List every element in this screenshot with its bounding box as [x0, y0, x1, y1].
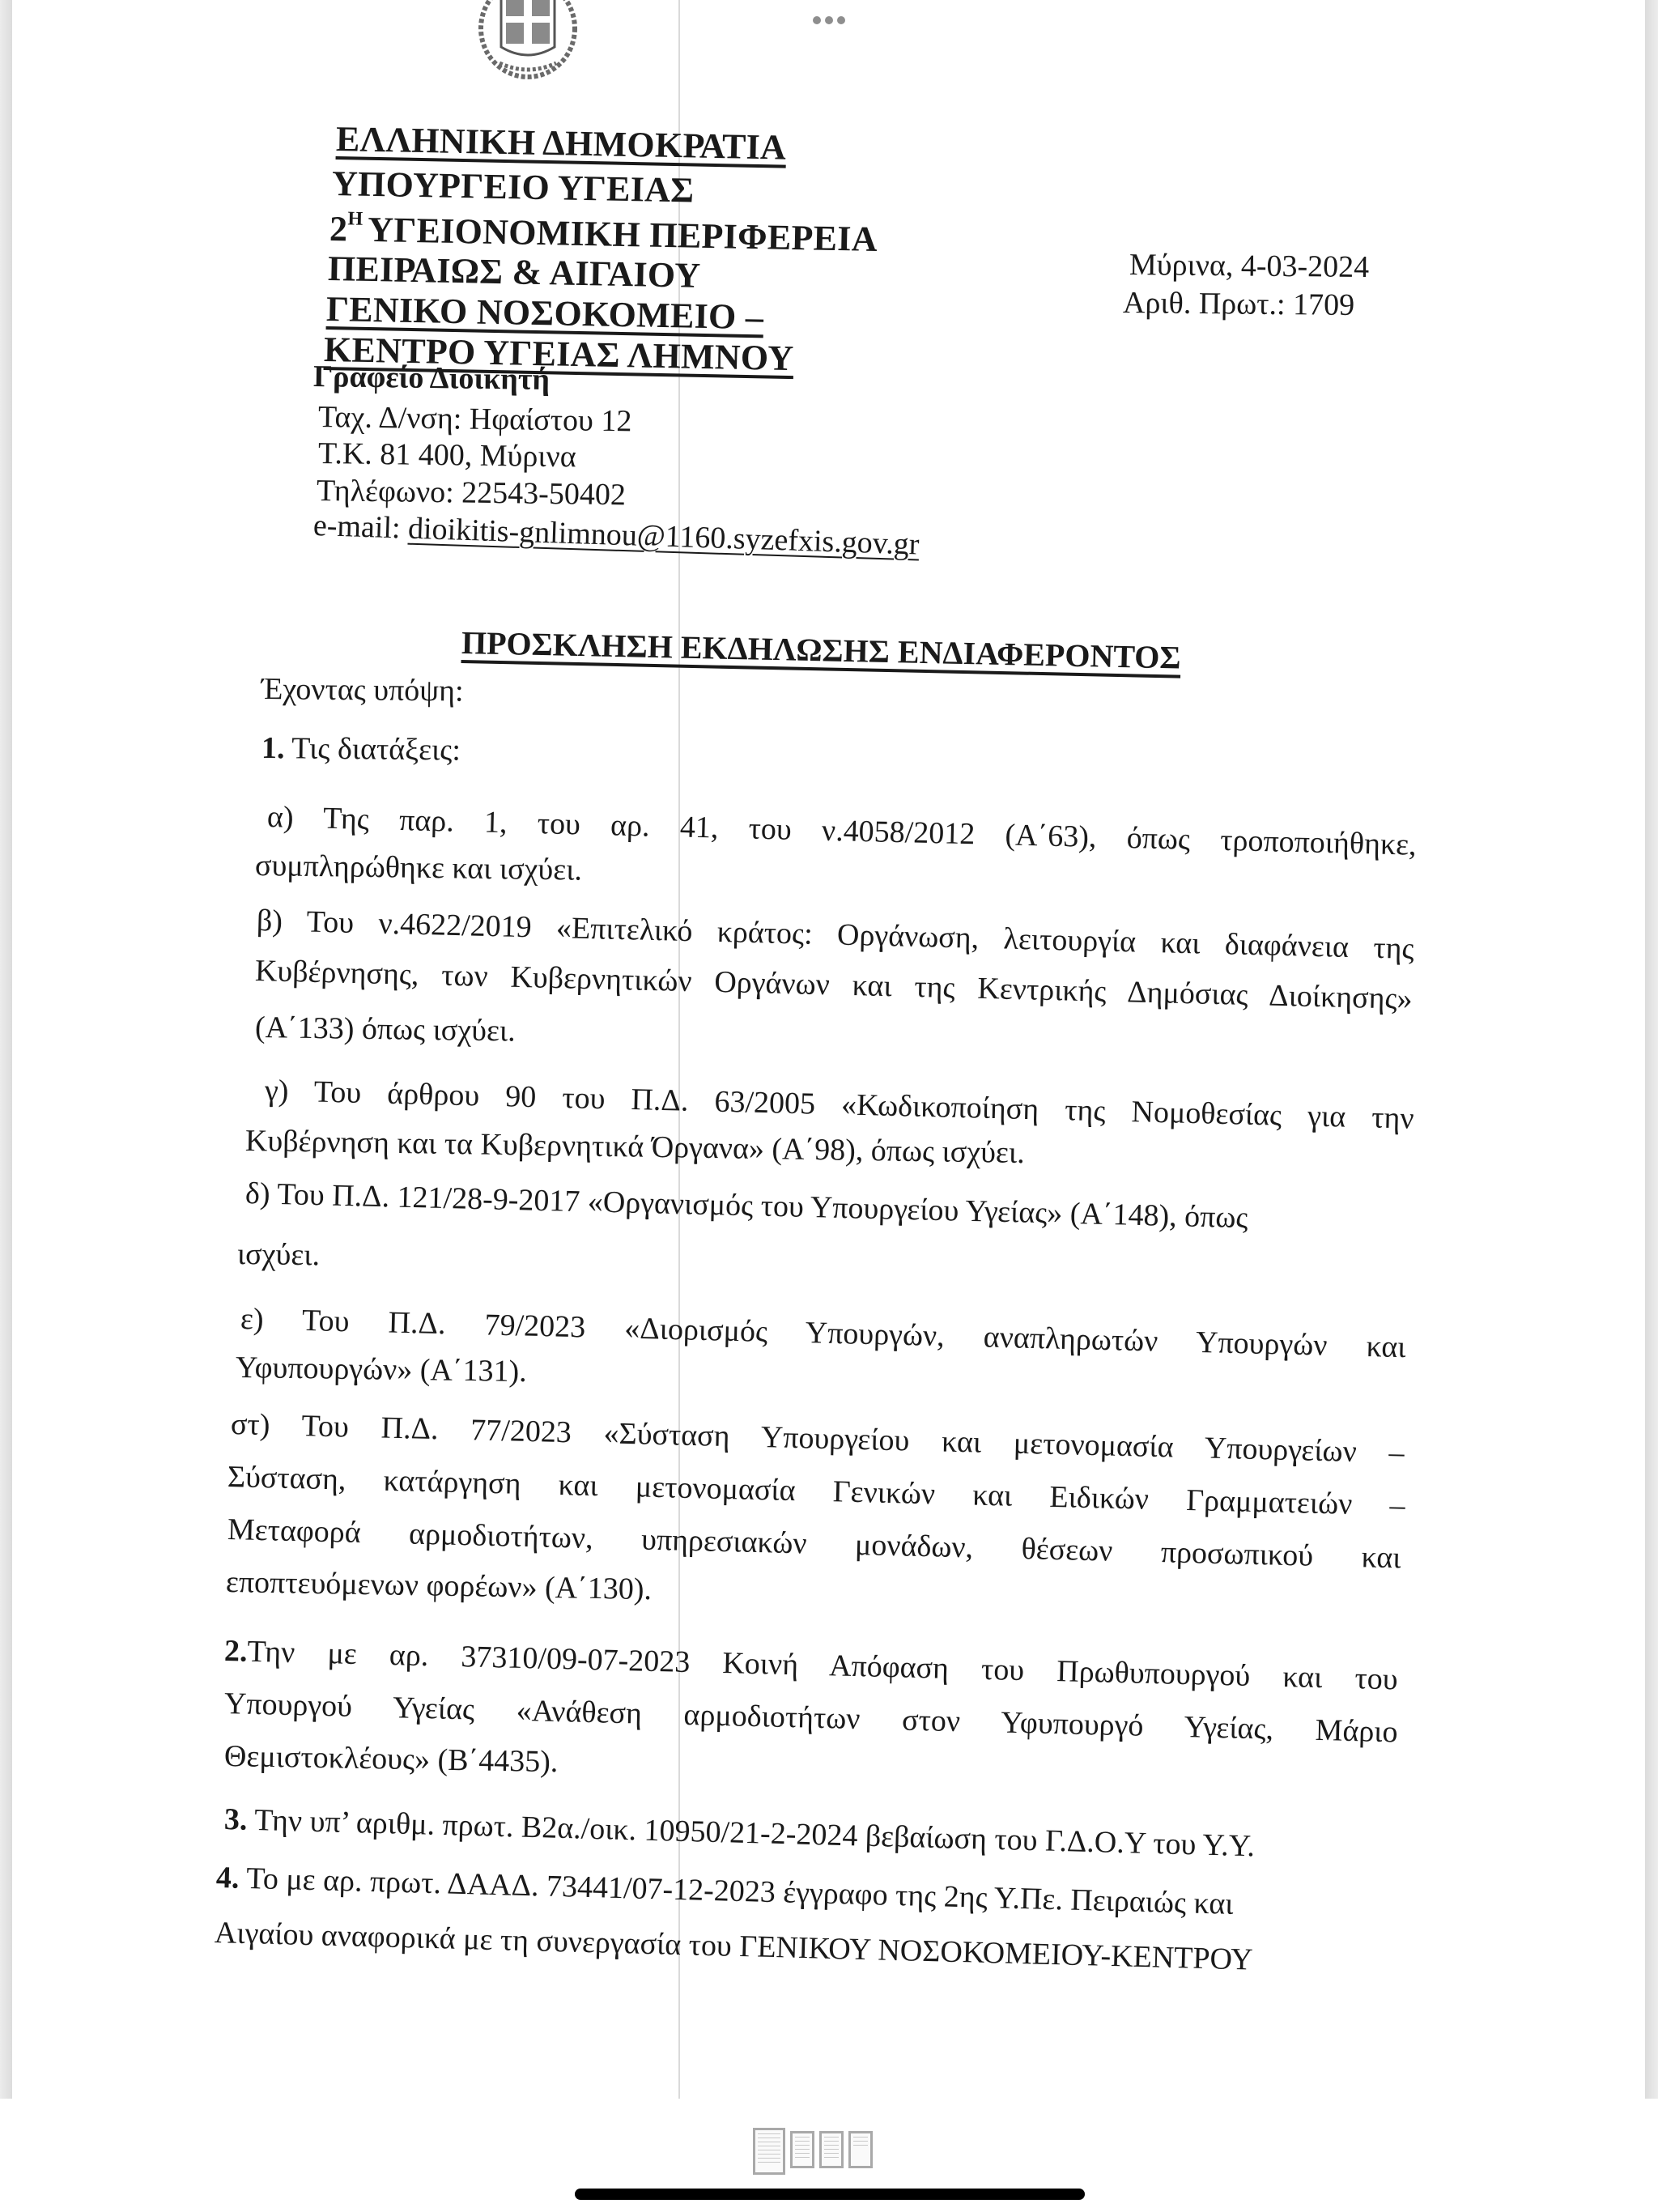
letterhead-line-1: ΕΛΛΗΝΙΚΗ ΔΗΜΟΚΡΑΤΙΑ — [336, 121, 787, 166]
intro-text: Έχοντας υπόψη: — [261, 674, 464, 707]
protocol-number: Αριθ. Πρωτ.: 1709 — [1123, 285, 1355, 325]
phone-number: Τηλέφωνο: 22543-50402 — [317, 475, 626, 510]
provision-a-line-2: συμπληρώθηκε και ισχύει. — [255, 850, 582, 886]
page-thumbnail-3[interactable] — [819, 2131, 844, 2168]
page-thumbnail-strip — [753, 2128, 873, 2184]
provision-c-line-1: γ) Του άρθρου 90 του Π.Δ. 63/2005 «Κωδικ… — [265, 1075, 1415, 1134]
item-3-number: 3. — [223, 1802, 248, 1837]
email-link[interactable]: dioikitis-gnlimnou@1160.syzefxis.gov.gr — [407, 512, 920, 562]
item-4-line-1: 4. Το με αρ. πρωτ. ΔΑΑΔ. 73441/07-12-202… — [216, 1862, 1235, 1920]
document-page[interactable]: ΕΛΛΗΝΙΚΗ ΔΗΜΟΚΡΑΤΙΑ ΥΠΟΥΡΓΕΙΟ ΥΓΕΙΑΣ 2ΗΥ… — [12, 0, 1645, 2099]
greek-coat-of-arms-icon — [475, 0, 580, 81]
item-1: 1. Τις διατάξεις: — [261, 733, 461, 766]
item-4-line-2: Αιγαίου αναφορικά με τη συνεργασία του Γ… — [215, 1917, 1254, 1976]
item-4-text: Το με αρ. πρωτ. ΔΑΑΔ. 73441/07-12-2023 έ… — [239, 1861, 1234, 1921]
ordinal-number: 2 — [329, 209, 348, 249]
item-2-line-3: Θεμιστοκλέους» (Β΄4435). — [224, 1741, 559, 1777]
postal-code: Τ.Κ. 81 400, Μύρινα — [318, 438, 576, 472]
postal-address: Ταχ. Δ/νση: Ηφαίστου 12 — [318, 402, 632, 436]
place-date: Μύρινα, 4-03-2024 — [1129, 247, 1370, 287]
ellipsis-icon — [837, 16, 845, 24]
item-3-line-1: 3. Την υπ’ αριθμ. πρωτ. Β2α./οικ. 10950/… — [224, 1804, 1256, 1861]
item-1-text: Τις διατάξεις: — [284, 731, 461, 767]
email-label: e-mail: — [312, 508, 401, 545]
page-left-edge — [0, 0, 12, 2099]
page-thumbnail-4[interactable] — [848, 2131, 873, 2168]
more-options-button[interactable] — [806, 8, 852, 32]
page-thumbnail-1[interactable] — [753, 2128, 785, 2175]
item-4-number: 4. — [215, 1861, 240, 1895]
item-2-line-1: 2.Την με αρ. 37310/09-07-2023 Κοινή Απόφ… — [224, 1636, 1398, 1695]
item-2-number: 2. — [223, 1634, 248, 1669]
provision-st-line-3: Μεταφορά αρμοδιοτήτων, υπηρεσιακών μονάδ… — [227, 1514, 1401, 1573]
provision-e-line-2: Υφυπουργών» (Α΄131). — [236, 1352, 527, 1387]
page-thumbnail-2[interactable] — [790, 2131, 814, 2168]
provision-b-line-1: β) Του ν.4622/2019 «Επιτελικό κράτος: Ορ… — [257, 905, 1415, 964]
provision-b-line-2: Κυβέρνησης, των Κυβερνητικών Οργάνων και… — [255, 955, 1414, 1015]
home-indicator[interactable] — [575, 2189, 1085, 2200]
provision-d-line-2: ισχύει. — [237, 1239, 321, 1270]
provision-st-line-4: εποπτευόμενων φορέων» (Α΄130). — [226, 1567, 653, 1605]
provision-b-line-3: (Α΄133) όπως ισχύει. — [255, 1012, 516, 1046]
document-title: ΠΡΟΣΚΛΗΣΗ ΕΚΔΗΛΩΣΗΣ ΕΝΔΙΑΦΕΡΟΝΤΟΣ — [461, 623, 1182, 677]
provision-c-line-2: Κυβέρνηση και τα Κυβερνητικά Όργανα» (Α΄… — [245, 1125, 1025, 1168]
ellipsis-icon — [825, 16, 833, 24]
document-viewer: ΕΛΛΗΝΙΚΗ ΔΗΜΟΚΡΑΤΙΑ ΥΠΟΥΡΓΕΙΟ ΥΓΕΙΑΣ 2ΗΥ… — [0, 0, 1658, 2212]
provision-d-line-1: δ) Του Π.Δ. 121/28-9-2017 «Οργανισμός το… — [245, 1178, 1248, 1233]
email-line: e-mail: dioikitis-gnlimnou@1160.syzefxis… — [312, 510, 920, 560]
item-3-text: Την υπ’ αριθμ. πρωτ. Β2α./οικ. 10950/21-… — [247, 1803, 1256, 1864]
provision-st-line-1: στ) Του Π.Δ. 77/2023 «Σύσταση Υπουργείου… — [231, 1409, 1405, 1468]
provision-st-line-2: Σύσταση, κατάργηση και μετονομασία Γενικ… — [227, 1461, 1405, 1521]
item-2-text: Την με αρ. 37310/09-07-2023 Κοινή Απόφασ… — [247, 1635, 1398, 1697]
ordinal-suffix: Η — [347, 208, 363, 229]
item-2-line-2: Υπουργού Υγείας «Ανάθεση αρμοδιοτήτων στ… — [224, 1688, 1398, 1747]
ellipsis-icon — [813, 16, 821, 24]
letterhead-line-4: ΠΕΙΡΑΙΩΣ & ΑΙΓΑΙΟΥ — [328, 251, 701, 294]
page-right-edge — [1645, 0, 1658, 2099]
letterhead-line-2: ΥΠΟΥΡΓΕΙΟ ΥΓΕΙΑΣ — [332, 166, 695, 209]
item-1-number: 1. — [261, 731, 285, 765]
office-name: Γραφείο Διοικητή — [313, 361, 551, 395]
letterhead-line-5: ΓΕΝΙΚΟ ΝΟΣΟΚΟΜΕΙΟ – — [326, 291, 764, 335]
